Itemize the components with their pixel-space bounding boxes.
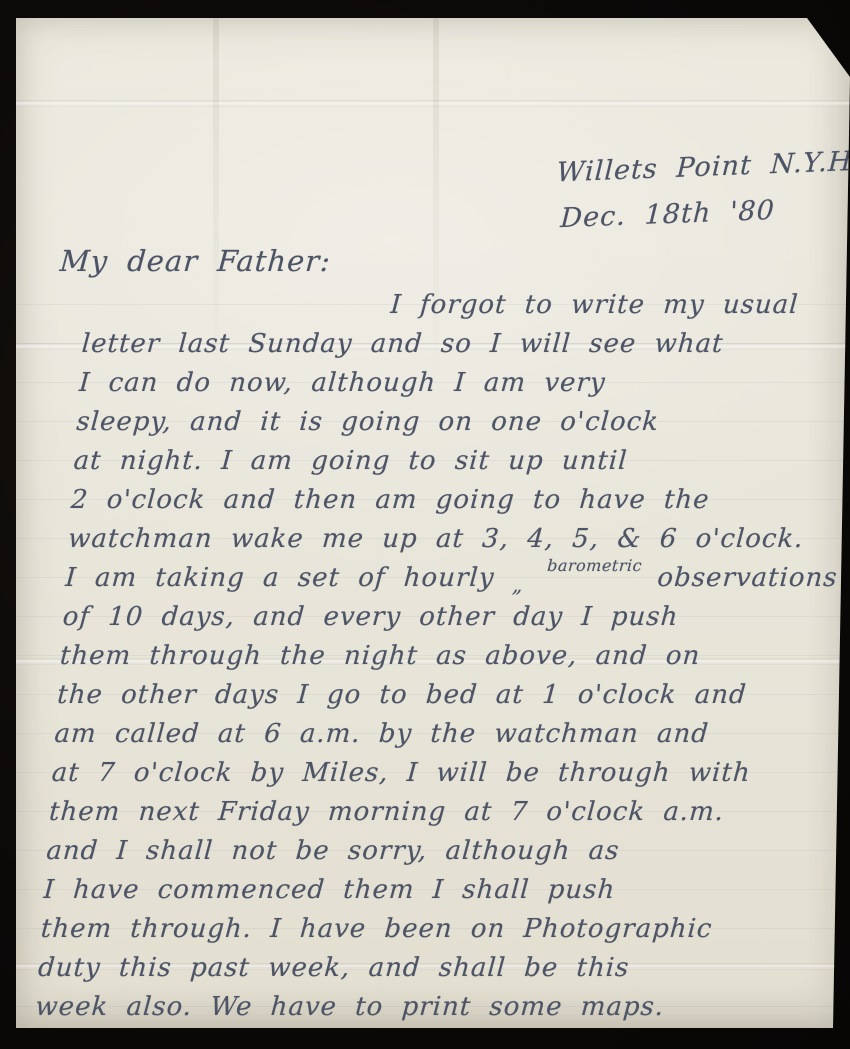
letter-line: sleepy, and it is going on one o'clock [75, 403, 842, 442]
letter-line: am called at 6 a.m. by the watchman and [53, 715, 820, 754]
line-text-post: observations [656, 563, 838, 593]
letter-line: them through the night as above, and on [59, 637, 826, 676]
letter-line: at 7 o'clock by Miles, I will be through… [50, 754, 817, 793]
letter-body: I forgot to write my usual letter last S… [34, 286, 850, 1027]
letter-line: week also. We have to print some maps. [34, 988, 801, 1027]
letter-heading: Willets Point N.Y.Hbr. Dec. 18th '80 [553, 138, 850, 243]
letter-photo: Willets Point N.Y.Hbr. Dec. 18th '80 My … [0, 0, 850, 1049]
letter-line: 2 o'clock and then am going to have the [70, 481, 837, 520]
letter-line: the other days I go to bed at 1 o'clock … [56, 676, 823, 715]
letter-line: duty this past week, and shall be this [37, 949, 804, 988]
letter-line-with-insertion: I am taking a set of hourly „ barometric… [64, 559, 831, 598]
salutation: My dear Father: [59, 244, 332, 278]
letter-line: and I shall not be sorry, although as [45, 832, 812, 871]
letter-line: them next Friday morning at 7 o'clock a.… [48, 793, 815, 832]
letter-line: letter last Sunday and so I will see wha… [80, 325, 847, 364]
letter-line: I can do now, although I am very [78, 364, 845, 403]
letter-line: I forgot to write my usual [83, 286, 850, 325]
inserted-word: barometric [546, 546, 644, 585]
letter-line: at night. I am going to sit up until [72, 442, 839, 481]
line-text-pre: I am taking a set of hourly [64, 563, 495, 593]
letter-line: watchman wake me up at 3, 4, 5, & 6 o'cl… [67, 520, 834, 559]
letter-line: them through. I have been on Photographi… [40, 910, 807, 949]
letter-line: of 10 days, and every other day I push [61, 598, 828, 637]
letter-line: I have commenced them I shall push [42, 871, 809, 910]
letter-page: Willets Point N.Y.Hbr. Dec. 18th '80 My … [16, 18, 850, 1028]
